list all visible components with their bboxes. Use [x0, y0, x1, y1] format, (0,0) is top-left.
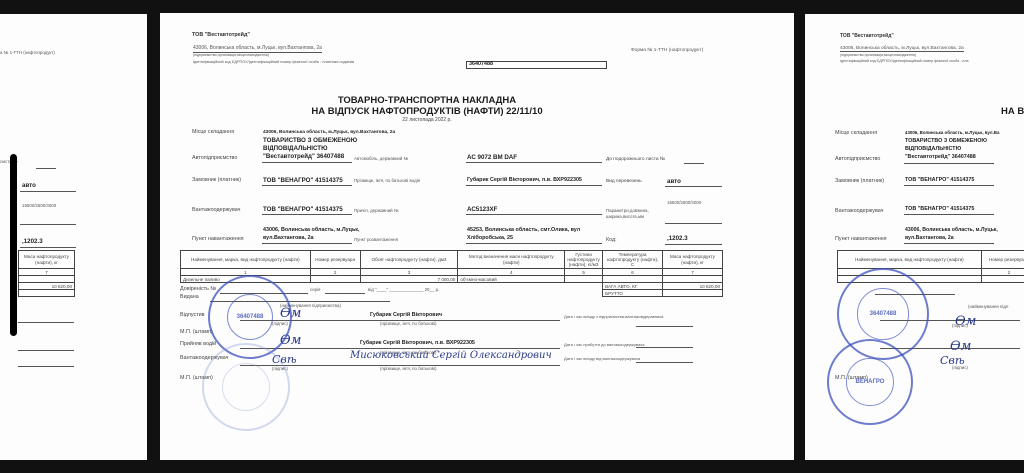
- company-address-caption: (підприємство,організація,місцезнаходжен…: [193, 54, 269, 58]
- driver-label: Прізвище, ім'я, по батькові водія: [354, 179, 420, 184]
- accepted-signature: Ѳм: [950, 339, 971, 354]
- code-value: ,1202.3: [22, 239, 43, 246]
- loading-point-label: Пункт навантаження: [192, 237, 244, 243]
- code-value: ,1202.3: [667, 236, 688, 243]
- weight-label: ВАГА АВТО, КГ: [603, 283, 663, 290]
- released-name: Губарик Сергій Вікторович: [370, 313, 442, 319]
- transport-type-value: авто: [667, 179, 681, 186]
- doc-title-line1: ТОВАРНО-ТРАНСПОРТНА НАКЛАДНА: [260, 96, 594, 106]
- accepted-name: Губарик Сергій Вікторович, п.в. ВХР92230…: [360, 341, 475, 347]
- consignee-value: ТОВ "ВЕНАГРО" 41514375: [263, 207, 343, 214]
- released-signature: Ѳм: [280, 306, 301, 321]
- loading-point-value: вул.Вахтангова, 2а: [263, 236, 314, 242]
- carrier-value: "Веставтотрейд" 36407488: [263, 154, 344, 161]
- storage-place-value: 43006, Волинська область, м.Луцьк, вул.В…: [263, 130, 395, 135]
- page-right-partial[interactable]: ТОВ "Веставтотрейд" 43006, Волинська обл…: [805, 14, 1024, 460]
- transport-type-value: авто: [22, 183, 36, 190]
- id-code-caption: Ідентифікаційний код ЄДРПОУ/Ідентифікаці…: [193, 60, 354, 64]
- redaction-bar: [10, 154, 17, 336]
- driver-value: Губарик Сергій Вікторович, п.в. ВХР92230…: [467, 178, 582, 184]
- company-address: 43006, Волинська область, м.Луцьк, вул.В…: [193, 46, 322, 53]
- consignee-handwritten-name: Мисюковський Сергій Олександрович: [350, 350, 552, 361]
- customer-value: ТОВ "ВЕНАГРО" 41514375: [263, 178, 343, 185]
- unloading-point-value: Хліборобська, 25: [467, 236, 513, 242]
- consignee-signature: Свѣ: [940, 354, 965, 367]
- transport-type-label: Вид перевезень: [606, 179, 642, 184]
- id-code-field: 36407488: [466, 61, 607, 69]
- unloading-point-label: Пункт розвантаження: [354, 238, 398, 243]
- dimensions-value: 16500/2500/4000: [667, 201, 701, 206]
- storage-place-label: Місце складання: [192, 130, 234, 136]
- consignee-signature: Свѣ: [272, 353, 297, 366]
- document-viewer: а № 1-ТТН (нафтопродукт) листа № авто 16…: [0, 0, 1024, 473]
- waybill-label: До подорожнього листа №: [606, 157, 665, 162]
- consignee-label: Вантажоодержувач: [192, 208, 240, 214]
- code-label: Код:: [606, 238, 617, 244]
- consignee-stamp: ВЕНАГРО: [827, 339, 913, 425]
- weight-value: 10 620,00: [663, 283, 723, 290]
- mass-header: Маса нафтопродукту (нафти), кг: [19, 251, 75, 269]
- trailer-label: Причіп, державний №: [354, 209, 399, 214]
- issued-label: Видана: [180, 295, 199, 301]
- released-label: Відпустив: [180, 313, 205, 319]
- page-main[interactable]: ТОВ "Веставтотрейд" 43006, Волинська обл…: [160, 13, 794, 460]
- vehicle-value: АС 9072 ВМ DAF: [467, 155, 517, 162]
- poa-label: Довіреність №: [180, 287, 216, 293]
- form-label: а № 1-ТТН (нафтопродукт): [0, 51, 55, 56]
- customer-label: Замовник (платник): [192, 178, 241, 184]
- doc-date: 22 листопада 2022 р.: [260, 118, 594, 124]
- gross-label: БРУТТО: [603, 290, 663, 297]
- company-name: ТОВ "Веставтотрейд": [192, 33, 250, 39]
- dimensions-label-2: ширина,висота,мм: [606, 215, 644, 220]
- form-label: Форма № 1-ТТН (нафтопродукт): [631, 48, 703, 53]
- page-left-partial[interactable]: а № 1-ТТН (нафтопродукт) листа № авто 16…: [0, 14, 147, 460]
- vehicle-label: Автомобіль, державний №: [354, 157, 408, 162]
- accepted-label: Прийняв водій: [180, 342, 216, 348]
- weight-value: 10 620,00: [19, 283, 75, 290]
- released-signature: Ѳм: [955, 314, 976, 329]
- goods-table-fragment: Маса нафтопродукту (нафти), кг 7 10 620,…: [18, 250, 75, 297]
- trailer-value: АС5123ХF: [467, 207, 497, 214]
- carrier-label: Автопідприємство: [192, 156, 237, 162]
- doc-title-line2: НА ВІДПУСК НАФТОПРОДУКТІВ (НАФТИ) 22/11/…: [260, 107, 594, 117]
- accepted-signature: Ѳм: [280, 333, 301, 348]
- dimensions-value: 16500/2500/4000: [22, 204, 56, 209]
- stamp-label-1: М.П. (штамп): [180, 330, 213, 336]
